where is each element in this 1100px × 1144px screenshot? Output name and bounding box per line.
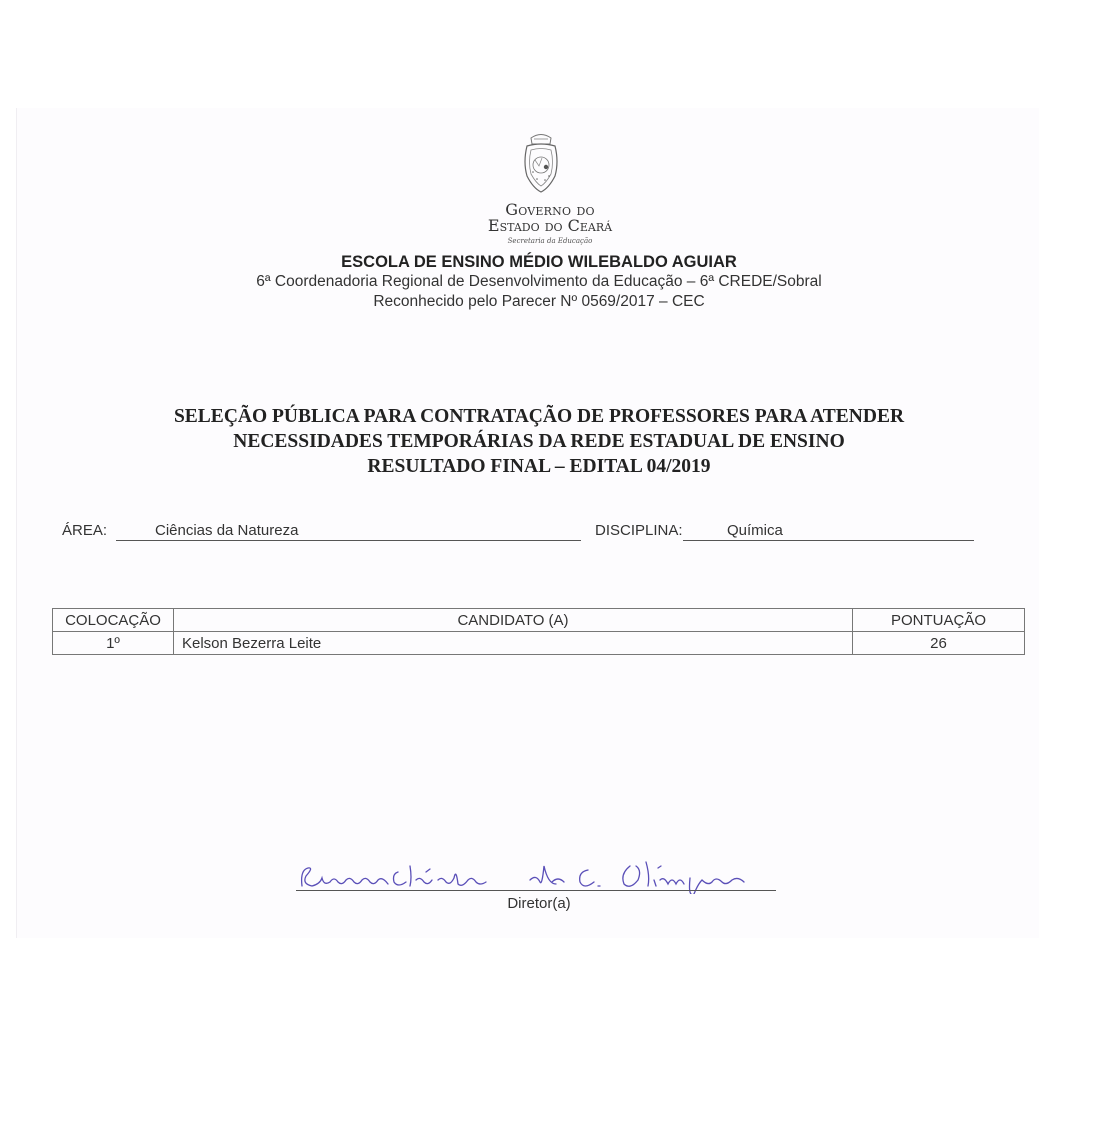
document-title-line-3: RESULTADO FINAL – EDITAL 04/2019 xyxy=(0,454,1078,479)
document-title-line-1: SELEÇÃO PÚBLICA PARA CONTRATAÇÃO DE PROF… xyxy=(0,404,1078,429)
government-line-2: Estado do Ceará xyxy=(0,216,1100,235)
cell-score: 26 xyxy=(853,632,1025,655)
results-table: COLOCAÇÃO CANDIDATO (A) PONTUAÇÃO 1º Kel… xyxy=(52,608,1025,655)
area-value: Ciências da Natureza xyxy=(155,522,298,539)
header-score: PONTUAÇÃO xyxy=(853,609,1025,632)
area-underline xyxy=(116,540,581,541)
discipline-label: DISCIPLINA: xyxy=(595,522,683,539)
area-label: ÁREA: xyxy=(62,522,107,539)
cell-candidate: Kelson Bezerra Leite xyxy=(174,632,853,655)
discipline-underline xyxy=(683,540,974,541)
header-candidate: CANDIDATO (A) xyxy=(174,609,853,632)
secretariat-label: Secretaria da Educação xyxy=(0,237,1100,245)
school-name: ESCOLA DE ENSINO MÉDIO WILEBALDO AGUIAR xyxy=(0,253,1078,272)
table-header-row: COLOCAÇÃO CANDIDATO (A) PONTUAÇÃO xyxy=(53,609,1025,632)
coordination-line: 6ª Coordenadoria Regional de Desenvolvim… xyxy=(0,273,1078,291)
document-title-line-2: NECESSIDADES TEMPORÁRIAS DA REDE ESTADUA… xyxy=(0,429,1078,454)
table-row: 1º Kelson Bezerra Leite 26 xyxy=(53,632,1025,655)
recognition-line: Reconhecido pelo Parecer Nº 0569/2017 – … xyxy=(0,293,1078,311)
cell-placement: 1º xyxy=(53,632,174,655)
signature-role: Diretor(a) xyxy=(0,895,1078,912)
discipline-value: Química xyxy=(727,522,783,539)
header-placement: COLOCAÇÃO xyxy=(53,609,174,632)
director-signature xyxy=(298,858,778,894)
ceara-state-coat-of-arms-icon xyxy=(519,132,563,196)
signature-line xyxy=(296,890,776,891)
